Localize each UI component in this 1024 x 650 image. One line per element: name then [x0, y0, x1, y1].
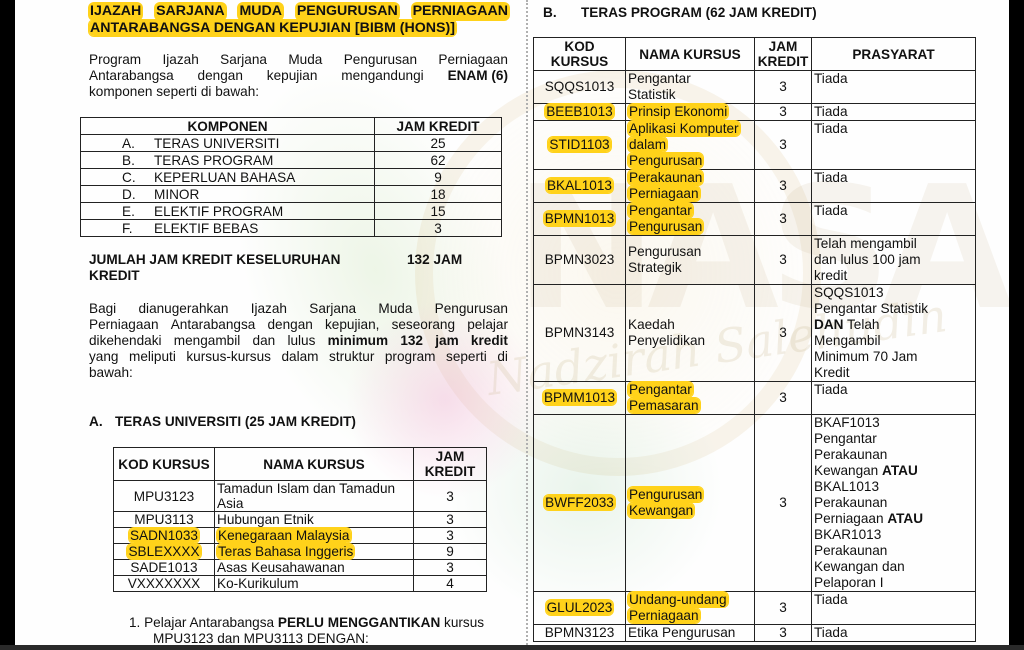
intro-line3: komponen seperti di bawah:: [89, 84, 508, 100]
document-title: IJAZAHSARJANAMUDAPENGURUSANPERNIAGAAN AN…: [89, 3, 509, 37]
course-name: Asas Keusahawanan: [217, 560, 345, 575]
course-code: SBLEXXXX: [127, 544, 200, 559]
component-letter: C.: [84, 170, 154, 185]
course-code: BPMM1013: [543, 390, 616, 405]
total-credits: JUMLAH JAM KREDIT KESELURUHAN KREDIT 132…: [89, 252, 509, 284]
course-name-line: Statistik: [628, 87, 752, 103]
course-name-cell: Kenegaraan Malaysia: [215, 528, 414, 544]
table-row: D.MINOR18: [81, 186, 502, 203]
prereq-bold: DAN: [814, 317, 843, 332]
note-prefix: 1. Pelajar Antarabangsa: [129, 615, 274, 630]
course-name-line: Aplikasi Komputer: [628, 121, 752, 137]
word: Muda: [288, 52, 322, 68]
word: dengan: [267, 317, 312, 333]
course-code: BPMN3143: [545, 325, 615, 340]
col-jam-kredit: JAM KREDIT: [414, 448, 487, 481]
course-credit: 3: [414, 481, 487, 512]
course-credit: 3: [755, 415, 812, 592]
component-letter: F.: [84, 221, 154, 236]
course-credit: 3: [755, 104, 812, 121]
course-credit: 3: [755, 203, 812, 236]
word: meliputi: [129, 349, 176, 365]
course-name: Strategik: [628, 260, 682, 275]
table-row: B.TERAS PROGRAM62: [81, 152, 502, 169]
table-row: MPU3123Tamadun Islam dan Tamadun Asia3: [114, 481, 487, 512]
course-code: BPMN3023: [545, 252, 615, 267]
course-name: Undang-undang: [628, 592, 728, 607]
prereq-line: Pengantar: [814, 431, 973, 447]
course-name-cell: Teras Bahasa Inggeris: [215, 544, 414, 560]
course-name: Pengantar: [628, 382, 693, 397]
prereq-line: Pelaporan I: [814, 575, 973, 591]
component-name-cell: D.MINOR: [81, 186, 375, 203]
course-name: Kaedah: [628, 317, 675, 332]
table-row: E.ELEKTIF PROGRAM15: [81, 203, 502, 220]
prerequisite-cell: Tiada: [812, 121, 976, 170]
prerequisite-cell: Tiada: [812, 625, 976, 642]
course-name: Pengurusan: [628, 219, 703, 234]
course-name: Pengantar: [628, 71, 691, 86]
course-name: Pengurusan: [628, 244, 701, 259]
teras-program-table: KOD KURSUS NAMA KURSUS JAM KREDIT PRASYA…: [533, 37, 976, 642]
course-code: SADN1033: [129, 528, 199, 543]
prerequisite-cell: BKAF1013PengantarPerakaunanKewangan ATAU…: [812, 415, 976, 592]
prerequisite-cell: Telah mengambildan lulus 100 jamkredit: [812, 236, 976, 285]
table-row: F.ELEKTIF BEBAS3: [81, 220, 502, 237]
course-name: Statistik: [628, 87, 676, 102]
course-name: Perniagaan: [628, 608, 700, 623]
course-name-line: Prinsip Ekonomi: [628, 104, 752, 120]
component-credit: 9: [375, 169, 502, 186]
course-credit: 3: [414, 560, 487, 576]
section-b-number: B.: [543, 5, 581, 20]
prereq-line: Kewangan dan: [814, 559, 973, 575]
course-code-cell: BKAL1013: [534, 170, 626, 203]
prerequisite-cell: Tiada: [812, 71, 976, 104]
prereq-line: Perniagaan ATAU: [814, 511, 973, 527]
col-jam-kredit: JAM KREDIT: [375, 118, 502, 135]
word: Muda: [378, 301, 412, 317]
prereq-line: Pengantar Statistik: [814, 301, 973, 317]
word: pelajar: [467, 317, 508, 333]
component-name-cell: A.TERAS UNIVERSITI: [81, 135, 375, 152]
course-name: Aplikasi Komputer: [628, 121, 740, 136]
total-label-line2: KREDIT: [89, 268, 509, 284]
course-name-line: Pemasaran: [628, 398, 752, 414]
table-row: C.KEPERLUAN BAHASA9: [81, 169, 502, 186]
course-name-line: Perniagaan: [628, 186, 752, 202]
column-divider: [526, 0, 528, 645]
prerequisite-cell: Tiada: [812, 104, 976, 121]
table-row: GLUL2023Undang-undangPerniagaan3Tiada: [534, 592, 976, 625]
word: mengambil: [174, 333, 241, 349]
table-row: BPMN3143KaedahPenyelidikan3SQQS1013Penga…: [534, 285, 976, 382]
course-name-line: Pengantar: [628, 71, 752, 87]
col-kod-kursus: KOD KURSUS: [534, 38, 626, 71]
course-name-line: Etika Pengurusan: [628, 625, 752, 641]
prereq-line: Tiada: [814, 170, 973, 186]
course-name: Pengurusan: [628, 487, 703, 502]
table-row: SADE1013Asas Keusahawanan3: [114, 560, 487, 576]
requirement-paragraph: BagidianugerahkanIjazahSarjanaMudaPengur…: [89, 301, 508, 381]
word: SARJANA: [155, 3, 226, 20]
col-komponen: KOMPONEN: [81, 118, 375, 135]
section-b-heading: B.TERAS PROGRAM (62 JAM KREDIT): [543, 5, 817, 20]
course-name-line: Undang-undang: [628, 592, 752, 608]
prereq-line: dan lulus 100 jam: [814, 252, 973, 268]
prereq-bold: ATAU: [882, 463, 918, 478]
title-line2: ANTARABANGSA DENGAN KEPUJIAN [BIBM (HONS…: [89, 20, 456, 36]
table-row: BEEB1013Prinsip Ekonomi3Tiada: [534, 104, 976, 121]
component-credit: 15: [375, 203, 502, 220]
course-name-cell: Hubungan Etnik: [215, 512, 414, 528]
course-name-line: dalam: [628, 137, 752, 153]
prereq-bold: ATAU: [887, 511, 923, 526]
course-code: BPMN1013: [544, 211, 616, 226]
course-code-cell: BPMN1013: [534, 203, 626, 236]
course-code-cell: SBLEXXXX: [114, 544, 215, 560]
course-credit: 4: [414, 576, 487, 592]
course-code-cell: MPU3113: [114, 512, 215, 528]
note-suffix: kursus: [444, 615, 484, 630]
course-name: Hubungan Etnik: [217, 512, 314, 527]
course-name: Pengurusan: [628, 153, 703, 168]
course-code: BKAL1013: [546, 178, 613, 193]
intro-paragraph: ProgramIjazahSarjanaMudaPengurusanPernia…: [89, 52, 508, 100]
course-name-cell: PengantarPengurusan: [626, 203, 755, 236]
component-name: ELEKTIF BEBAS: [154, 221, 258, 236]
prereq-line: Tiada: [814, 592, 973, 608]
prereq-line: Telah mengambil: [814, 236, 973, 252]
course-name: Kewangan: [628, 503, 694, 518]
course-name: Tamadun Islam dan Tamadun Asia: [217, 481, 395, 511]
word: MUDA: [238, 3, 283, 20]
component-name-cell: E.ELEKTIF PROGRAM: [81, 203, 375, 220]
prerequisite-cell: Tiada: [812, 170, 976, 203]
section-a-heading: A.TERAS UNIVERSITI (25 JAM KREDIT): [89, 414, 356, 429]
course-name-line: Pengantar: [628, 382, 752, 398]
prereq-line: BKAL1013: [814, 479, 973, 495]
table-row: SQQS1013PengantarStatistik3Tiada: [534, 71, 976, 104]
teras-universiti-table: KOD KURSUS NAMA KURSUS JAM KREDIT MPU312…: [113, 447, 487, 592]
course-code-cell: SADE1013: [114, 560, 215, 576]
prereq-line: Mengambil: [814, 333, 973, 349]
course-name-cell: Aplikasi KomputerdalamPengurusan: [626, 121, 755, 170]
course-code: GLUL2023: [546, 600, 614, 615]
course-name-cell: Prinsip Ekonomi: [626, 104, 755, 121]
course-credit: 3: [755, 625, 812, 642]
course-name-cell: PengurusanStrategik: [626, 236, 755, 285]
word: Ijazah: [162, 52, 198, 68]
component-letter: B.: [84, 153, 154, 168]
prereq-line: Tiada: [814, 625, 973, 641]
prereq-line: Minimum 70 Jam: [814, 349, 973, 365]
course-name: Teras Bahasa Inggeris: [217, 544, 354, 559]
table-row: BWFF2033PengurusanKewangan3BKAF1013Penga…: [534, 415, 976, 592]
col-jam-kredit: JAM KREDIT: [755, 38, 812, 71]
course-credit: 3: [755, 71, 812, 104]
course-code-cell: GLUL2023: [534, 592, 626, 625]
word: Antarabangsa: [89, 68, 174, 84]
course-name-line: Pengurusan: [628, 244, 752, 260]
word: Sarjana: [309, 301, 356, 317]
component-name: ELEKTIF PROGRAM: [154, 204, 283, 219]
course-code: BPMN3123: [545, 625, 615, 640]
course-name-line: Perniagaan: [628, 608, 752, 624]
course-name-line: Pengurusan: [628, 153, 752, 169]
course-name: Pengantar: [628, 203, 693, 218]
table-row: BPMM1013PengantarPemasaran3Tiada: [534, 382, 976, 415]
word: dianugerahkan: [138, 301, 228, 317]
word: Pengurusan: [344, 52, 417, 68]
word: dengan: [198, 68, 243, 84]
section-b-title: TERAS PROGRAM (62 JAM KREDIT): [581, 5, 817, 20]
course-credit: 3: [755, 382, 812, 415]
prerequisite-cell: SQQS1013Pengantar StatistikDAN TelahMeng…: [812, 285, 976, 382]
note-bold: PERLU MENGGANTIKAN: [278, 615, 440, 630]
course-code-cell: BPMM1013: [534, 382, 626, 415]
course-code-cell: STID1103: [534, 121, 626, 170]
prereq-line: Tiada: [814, 71, 973, 87]
prerequisite-cell: Tiada: [812, 203, 976, 236]
section-a-title: TERAS UNIVERSITI (25 JAM KREDIT): [115, 414, 356, 429]
bold-text: ENAM (6): [448, 68, 508, 84]
course-code-cell: BPMN3023: [534, 236, 626, 285]
table-row: BPMN3023PengurusanStrategik3Telah mengam…: [534, 236, 976, 285]
component-name-cell: B.TERAS PROGRAM: [81, 152, 375, 169]
course-code-cell: BEEB1013: [534, 104, 626, 121]
col-prasyarat: PRASYARAT: [812, 38, 976, 71]
component-letter: E.: [84, 204, 154, 219]
word: Pengurusan: [435, 301, 508, 317]
total-value: 132 JAM: [407, 252, 462, 268]
word: kredit: [471, 333, 508, 349]
prereq-line: Perakaunan: [814, 495, 973, 511]
course-code-cell: BWFF2033: [534, 415, 626, 592]
word: kursus-kursus: [186, 349, 271, 365]
prereq-line: DAN Telah: [814, 317, 973, 333]
section-a-number: A.: [89, 414, 115, 429]
course-name-cell: KaedahPenyelidikan: [626, 285, 755, 382]
course-name: Pemasaran: [628, 398, 700, 413]
component-credit: 25: [375, 135, 502, 152]
course-name-line: Perakaunan: [628, 170, 752, 186]
course-name-cell: PengurusanKewangan: [626, 415, 755, 592]
word: struktur: [329, 349, 374, 365]
component-name: TERAS PROGRAM: [154, 153, 273, 168]
prereq-line: Tiada: [814, 104, 973, 120]
course-name: Etika Pengurusan: [628, 625, 735, 640]
table-row: SADN1033Kenegaraan Malaysia3: [114, 528, 487, 544]
word: Sarjana: [220, 52, 267, 68]
prereq-line: Tiada: [814, 382, 973, 398]
word: dan: [253, 333, 276, 349]
component-letter: D.: [84, 187, 154, 202]
prereq-line: BKAR1013: [814, 527, 973, 543]
course-credit: 3: [755, 121, 812, 170]
course-code-cell: SADN1033: [114, 528, 215, 544]
table-row: SBLEXXXXTeras Bahasa Inggeris9: [114, 544, 487, 560]
word: kepujian: [267, 68, 318, 84]
course-credit: 3: [755, 170, 812, 203]
note-line2: MPU3123 dan MPU3113 DENGAN:: [129, 631, 484, 645]
course-credit: 3: [414, 528, 487, 544]
prereq-line: SQQS1013: [814, 285, 973, 301]
international-student-note: 1. Pelajar Antarabangsa PERLU MENGGANTIK…: [129, 615, 484, 645]
word: PENGURUSAN: [296, 3, 399, 20]
course-name-line: Penyelidikan: [628, 333, 752, 349]
course-code-cell: BPMN3143: [534, 285, 626, 382]
prerequisite-cell: Tiada: [812, 382, 976, 415]
table-row: A.TERAS UNIVERSITI25: [81, 135, 502, 152]
word: seperti: [446, 349, 487, 365]
table-row: MPU3113Hubungan Etnik3: [114, 512, 487, 528]
word: dalam: [281, 349, 318, 365]
course-name: Prinsip Ekonomi: [628, 104, 728, 119]
word: Perniagaan: [89, 317, 159, 333]
table-row: VXXXXXXXKo-Kurikulum4: [114, 576, 487, 592]
course-name-cell: PengantarStatistik: [626, 71, 755, 104]
course-credit: 3: [755, 285, 812, 382]
course-code: MPU3123: [134, 489, 194, 504]
window-bottom-edge: [0, 645, 1024, 650]
course-name-cell: Tamadun Islam dan Tamadun Asia: [215, 481, 414, 512]
course-code: SADE1013: [130, 560, 197, 575]
word: Ijazah: [251, 301, 287, 317]
word: kepujian,: [325, 317, 379, 333]
course-name: Perakaunan: [628, 170, 703, 185]
para2-line5: bawah:: [89, 365, 508, 381]
table-row: BPMN1013PengantarPengurusan3Tiada: [534, 203, 976, 236]
course-name: Perniagaan: [628, 186, 700, 201]
course-credit: 3: [755, 236, 812, 285]
course-credit: 9: [414, 544, 487, 560]
course-name-cell: Etika Pengurusan: [626, 625, 755, 642]
course-name-line: Strategik: [628, 260, 752, 276]
course-name: dalam: [628, 137, 667, 152]
prereq-line: Perakaunan: [814, 543, 973, 559]
word: Antarabangsa: [171, 317, 256, 333]
course-name-line: Pengurusan: [628, 487, 752, 503]
course-name-line: Kewangan: [628, 503, 752, 519]
component-name: MINOR: [154, 187, 199, 202]
document-page: NASA Nadzirah Salehudin IJAZAHSARJANAMUD…: [15, 0, 1009, 645]
prereq-line: BKAF1013: [814, 415, 973, 431]
col-nama-kursus: NAMA KURSUS: [626, 38, 755, 71]
course-credit: 3: [414, 512, 487, 528]
prereq-line: Perakaunan: [814, 447, 973, 463]
prerequisite-cell: Tiada: [812, 592, 976, 625]
course-name-cell: Asas Keusahawanan: [215, 560, 414, 576]
course-name-line: Pengurusan: [628, 219, 752, 235]
course-name-cell: Ko-Kurikulum: [215, 576, 414, 592]
word: PERNIAGAAN: [412, 3, 509, 20]
component-credit: 3: [375, 220, 502, 237]
word: seseorang: [392, 317, 455, 333]
course-code: BWFF2033: [544, 495, 615, 510]
col-kod-kursus: KOD KURSUS: [114, 448, 215, 481]
prereq-line: Kredit: [814, 365, 973, 381]
course-code-cell: SQQS1013: [534, 71, 626, 104]
course-code: VXXXXXXX: [128, 576, 201, 591]
word: yang: [89, 349, 118, 365]
component-letter: A.: [84, 136, 154, 151]
course-code-cell: VXXXXXXX: [114, 576, 215, 592]
course-code: BEEB1013: [545, 104, 614, 119]
table-row: BPMN3123Etika Pengurusan3Tiada: [534, 625, 976, 642]
course-name-line: Kaedah: [628, 317, 752, 333]
word: Bagi: [89, 301, 116, 317]
course-code: SQQS1013: [545, 79, 615, 94]
component-name: KEPERLUAN BAHASA: [154, 170, 295, 185]
component-name: TERAS UNIVERSITI: [154, 136, 279, 151]
components-table: KOMPONEN JAM KREDIT A.TERAS UNIVERSITI25…: [80, 117, 502, 237]
course-credit: 3: [755, 592, 812, 625]
word: mengandungi: [341, 68, 423, 84]
word: IJAZAH: [89, 3, 142, 20]
course-name-cell: PerakaunanPerniagaan: [626, 170, 755, 203]
prereq-line: Kewangan ATAU: [814, 463, 973, 479]
prereq-line: Tiada: [814, 121, 973, 137]
course-code-cell: MPU3123: [114, 481, 215, 512]
word: di: [497, 349, 508, 365]
course-name-line: Pengantar: [628, 203, 752, 219]
course-code: STID1103: [548, 137, 610, 152]
word: lulus: [287, 333, 315, 349]
course-code-cell: BPMN3123: [534, 625, 626, 642]
word: 132: [400, 333, 423, 349]
component-name-cell: C.KEPERLUAN BAHASA: [81, 169, 375, 186]
prereq-line: kredit: [814, 268, 973, 284]
component-name-cell: F.ELEKTIF BEBAS: [81, 220, 375, 237]
word: jam: [435, 333, 458, 349]
col-nama-kursus: NAMA KURSUS: [215, 448, 414, 481]
word: dikehendaki: [89, 333, 162, 349]
component-credit: 62: [375, 152, 502, 169]
course-name: Ko-Kurikulum: [217, 576, 299, 591]
component-credit: 18: [375, 186, 502, 203]
word: Program: [89, 52, 141, 68]
course-name-cell: PengantarPemasaran: [626, 382, 755, 415]
prereq-line: Tiada: [814, 203, 973, 219]
word: program: [385, 349, 436, 365]
course-name-cell: Undang-undangPerniagaan: [626, 592, 755, 625]
course-name: Penyelidikan: [628, 333, 705, 348]
table-row: BKAL1013PerakaunanPerniagaan3Tiada: [534, 170, 976, 203]
table-row: STID1103Aplikasi KomputerdalamPengurusan…: [534, 121, 976, 170]
word: Perniagaan: [438, 52, 508, 68]
course-code: MPU3113: [134, 512, 193, 527]
course-name: Kenegaraan Malaysia: [217, 528, 351, 543]
word: minimum: [328, 333, 388, 349]
